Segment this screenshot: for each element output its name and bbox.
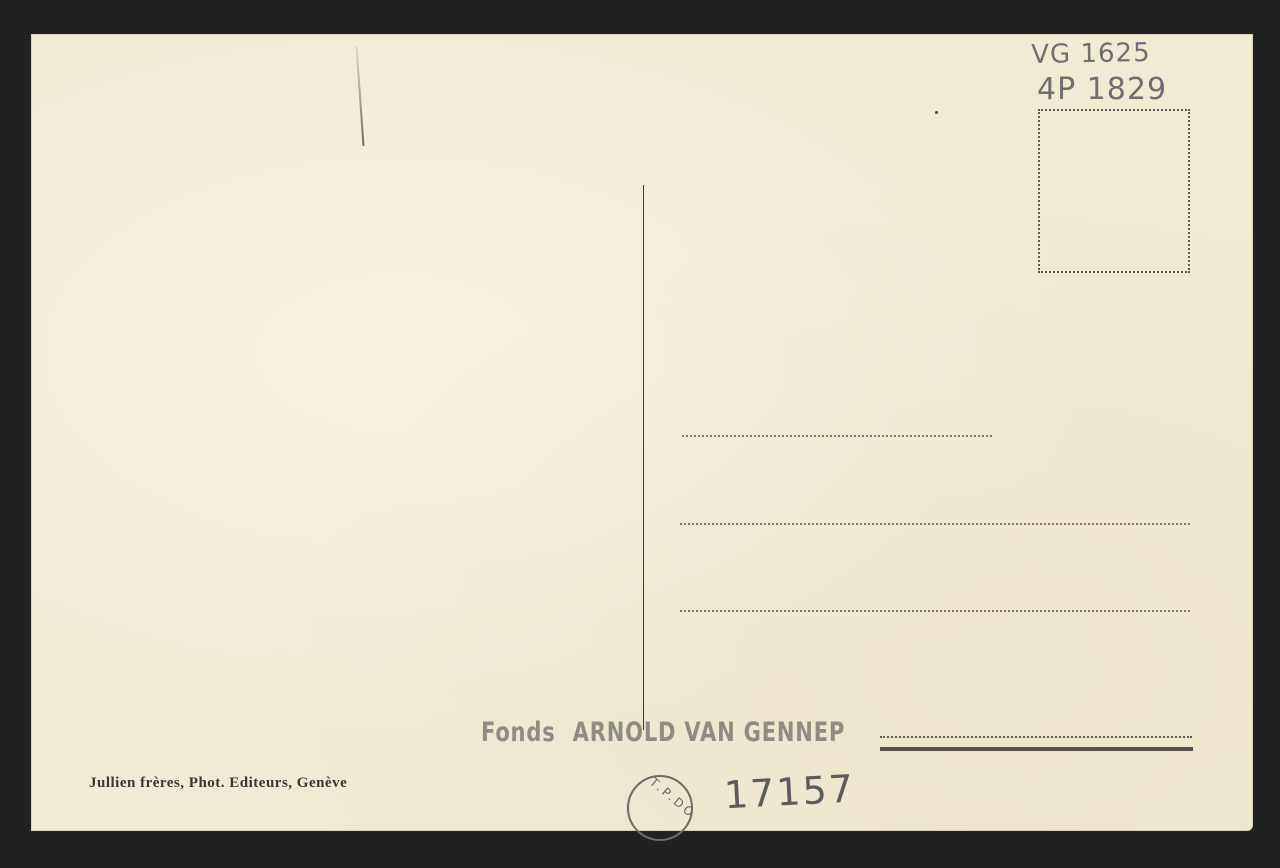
archive-stamp: FondsARNOLD VAN GENNEP bbox=[481, 717, 845, 748]
archive-stamp-prefix: Fonds bbox=[481, 717, 556, 748]
round-stamp-text: T.P.DO bbox=[647, 775, 699, 821]
publisher-line: Jullien frères, Phot. Editeurs, Genève bbox=[89, 775, 347, 792]
address-line-1 bbox=[682, 435, 992, 437]
address-line-3 bbox=[680, 610, 1190, 612]
inventory-number: 17157 bbox=[723, 767, 856, 818]
pencil-ref-code-1: VG 1625 bbox=[1031, 38, 1151, 70]
pen-mark bbox=[356, 46, 365, 146]
address-line-4 bbox=[880, 736, 1192, 738]
postcard: VG 1625 4P 1829 FondsARNOLD VAN GENNEP J… bbox=[31, 34, 1253, 831]
vertical-divider bbox=[643, 185, 644, 730]
stamp-placement-box bbox=[1038, 109, 1190, 273]
address-solid-rule bbox=[880, 747, 1193, 751]
archive-stamp-name: ARNOLD VAN GENNEP bbox=[573, 717, 845, 748]
round-postmark-stamp: T.P.DO bbox=[627, 775, 693, 841]
ink-speck bbox=[935, 111, 938, 114]
pencil-ref-code-2: 4P 1829 bbox=[1037, 72, 1167, 107]
address-line-2 bbox=[680, 523, 1190, 525]
